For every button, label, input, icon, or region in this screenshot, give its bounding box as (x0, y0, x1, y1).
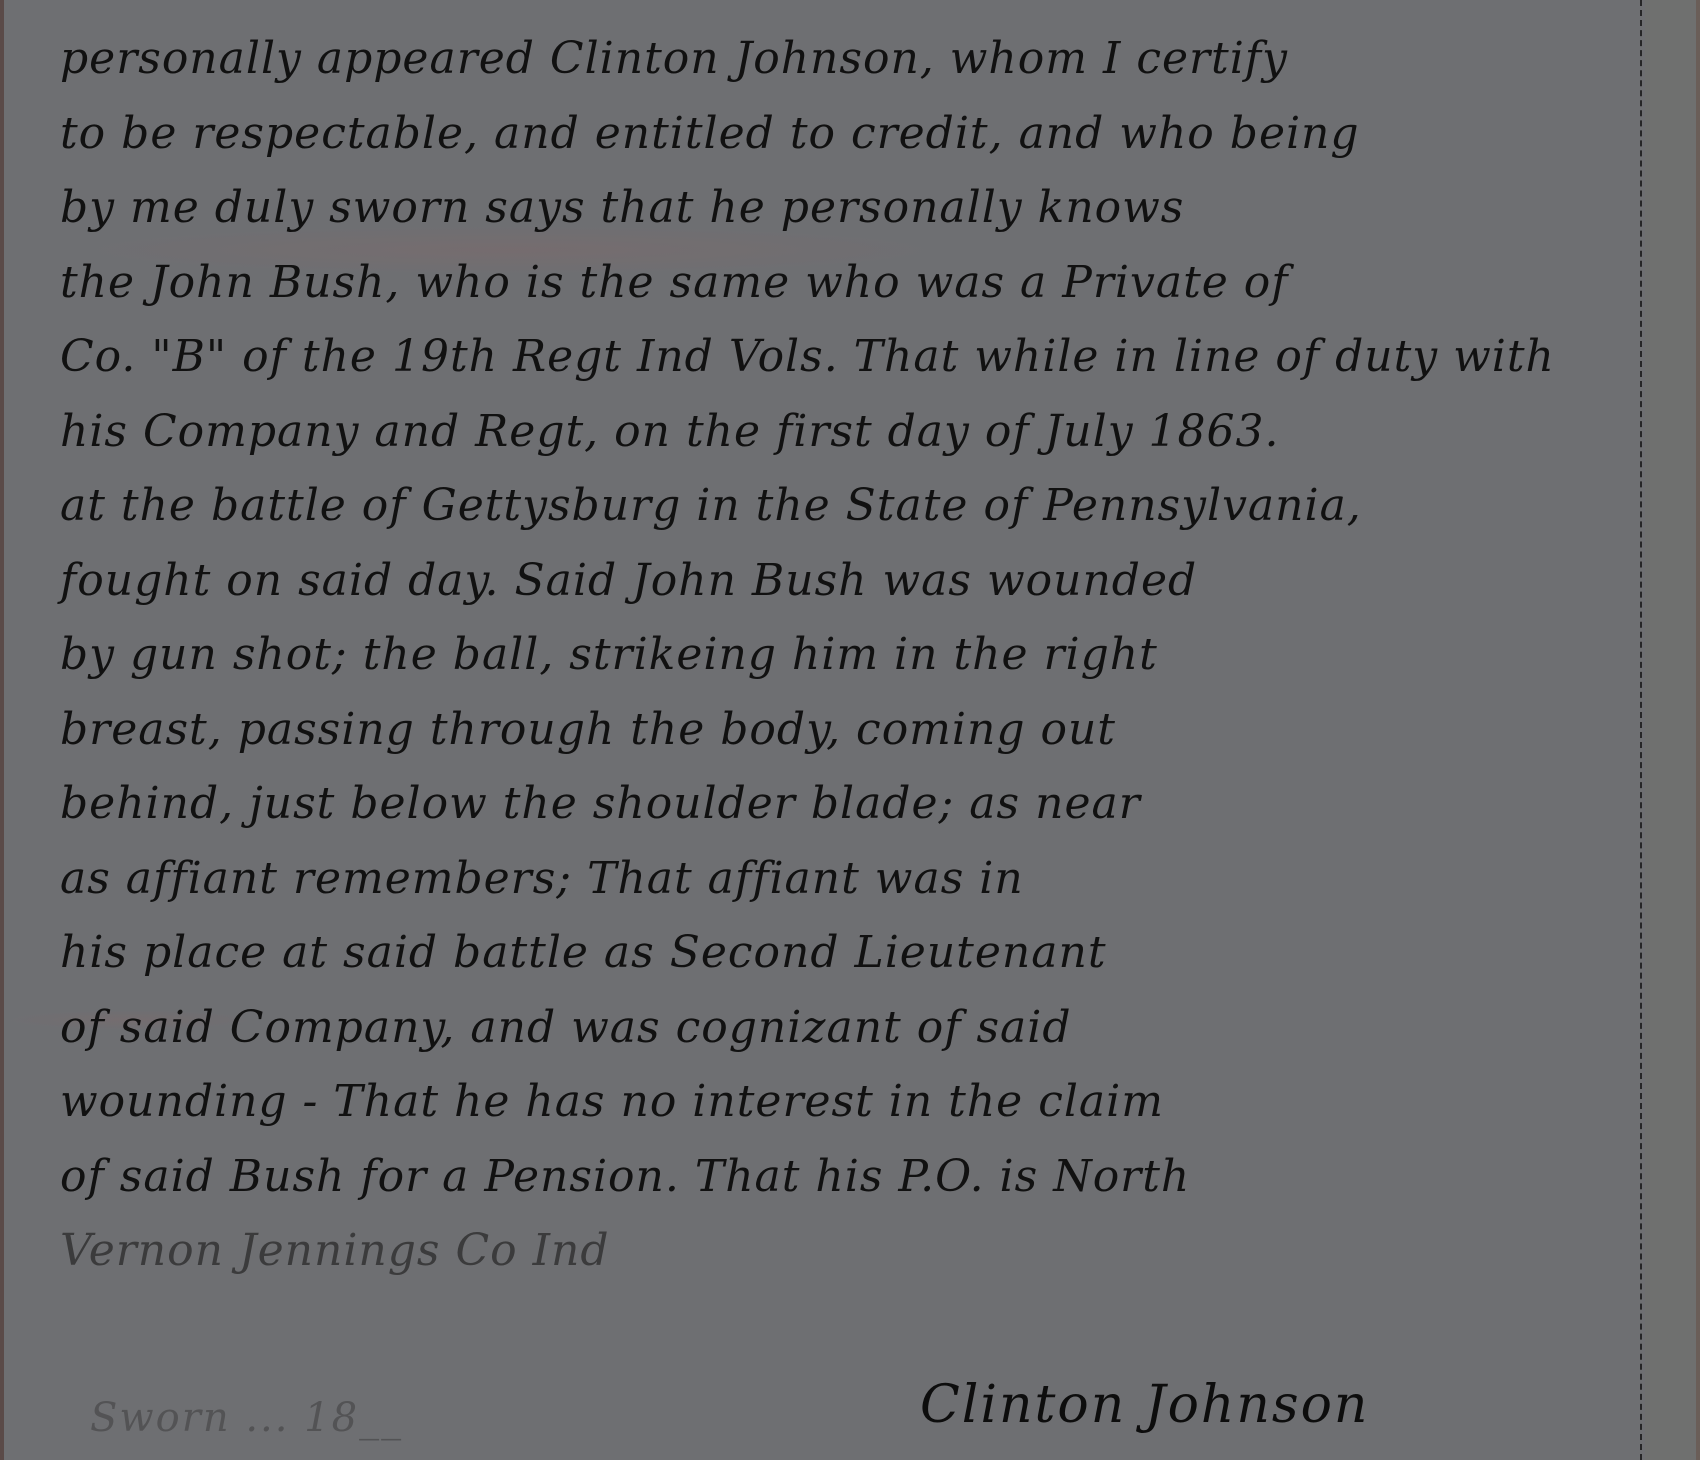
text-line: his Company and Regt, on the first day o… (60, 395, 1640, 470)
signature: Clinton Johnson (920, 1375, 1369, 1435)
text-line: personally appeared Clinton Johnson, who… (60, 22, 1640, 97)
handwritten-text-body: personally appeared Clinton Johnson, who… (60, 22, 1640, 1289)
text-line: breast, passing through the body, coming… (60, 693, 1640, 768)
text-line: to be respectable, and entitled to credi… (60, 97, 1640, 172)
text-line-faint: Vernon Jennings Co Ind (60, 1214, 1640, 1289)
document-page: personally appeared Clinton Johnson, who… (0, 0, 1700, 1460)
text-line: wounding - That he has no interest in th… (60, 1065, 1640, 1140)
right-margin-strip (1645, 0, 1700, 1460)
text-line: the John Bush, who is the same who was a… (60, 246, 1640, 321)
text-line: at the battle of Gettysburg in the State… (60, 469, 1640, 544)
text-line: his place at said battle as Second Lieut… (60, 916, 1640, 991)
text-line: as affiant remembers; That affiant was i… (60, 842, 1640, 917)
page-right-edge (1696, 0, 1700, 1460)
text-line: of said Bush for a Pension. That his P.O… (60, 1140, 1640, 1215)
text-line: fought on said day. Said John Bush was w… (60, 544, 1640, 619)
faint-jurat-text: Sworn ... 18__ (90, 1395, 403, 1441)
text-line: behind, just below the shoulder blade; a… (60, 767, 1640, 842)
text-line: Co. "B" of the 19th Regt Ind Vols. That … (60, 320, 1640, 395)
text-line: by me duly sworn says that he personally… (60, 171, 1640, 246)
page-left-edge (0, 0, 4, 1460)
margin-rule-line (1640, 0, 1642, 1460)
text-line: by gun shot; the ball, strikeing him in … (60, 618, 1640, 693)
text-line: of said Company, and was cognizant of sa… (60, 991, 1640, 1066)
